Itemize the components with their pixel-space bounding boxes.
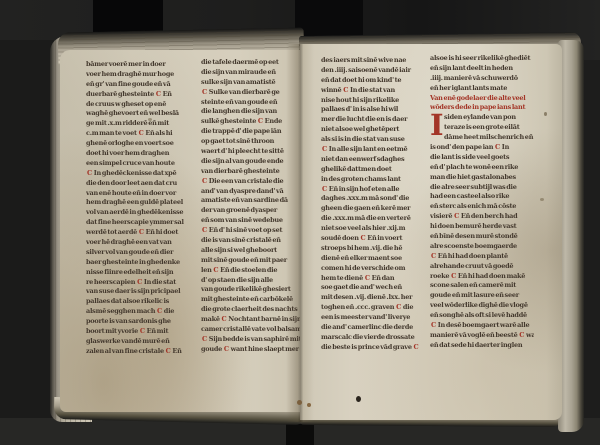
manuscript-line: C In alle sijn lant en eetmē	[321, 145, 420, 155]
manuscript-line: len C Eñ die stoelen die	[201, 266, 300, 276]
rubric-capitulum-mark: C	[201, 177, 208, 185]
manuscript-line: hem draghē een guldē plateel	[86, 198, 184, 208]
manuscript-line: d' op staen die sijn alle	[201, 276, 300, 286]
manuscript-line: C Sulke van dierbarē ge	[201, 88, 300, 98]
manuscript-line: dienē eñ elker maent soe	[321, 254, 420, 264]
manuscript-line: van goude rikelikē ghesiert	[201, 285, 300, 295]
rubric-capitulum-mark: C	[518, 331, 525, 339]
manuscript-line: eñ d' plach te wonē een rike	[430, 163, 534, 173]
rubric-capitulum-mark: C	[136, 278, 143, 286]
manuscript-line: alrehande cruut vā goedē	[430, 262, 534, 272]
manuscript-line: op gaet tot sinē throon	[201, 137, 300, 147]
rubric-capitulum-mark: C	[201, 88, 208, 96]
manuscript-line: C Eñ d' hi sinē voet op set	[201, 226, 300, 236]
manuscript-line: waert d' hi pleecht te sittē	[201, 147, 300, 157]
parchment-speck	[148, 118, 152, 121]
manuscript-line: nisse fiinre edelheit eñ sijn	[86, 268, 184, 278]
text-column-3: des iaers mit sinē wive naeden .iiij. sa…	[321, 56, 420, 353]
manuscript-line: die .xxx.m mā die en verterē	[321, 214, 420, 224]
manuscript-line: alle sijn si wel gheboort	[201, 246, 300, 256]
manuscript-line: baer ghesteinte in ghedenke	[86, 258, 184, 268]
manuscript-line: waghē ghevoert eñ wel beslā	[86, 109, 184, 119]
text-column-4: alsoe is hi seer rikelikē ghediēteñ sijn…	[430, 54, 534, 351]
rubric-capitulum-mark: C	[212, 266, 219, 274]
manuscript-line: C Eñ in sijn hof eten alle	[321, 185, 420, 195]
rubric-capitulum-mark: C	[321, 145, 328, 153]
rubric-capitulum-mark: C	[165, 347, 172, 355]
rubric-capitulum-mark: C	[223, 345, 230, 353]
manuscript-line: marscalc die vierde drossate	[321, 333, 420, 343]
manuscript-line: hi doen bemurē herde vast	[430, 222, 534, 232]
manuscript-line: stroeps bi hem .vij. die hē	[321, 244, 420, 254]
manuscript-line: manierē vā voglē eñ beestē C wair	[430, 331, 534, 341]
manuscript-line: boort mit yvorie C Eñ mit	[86, 327, 184, 337]
manuscript-line: Isiden eylande van pon	[430, 113, 534, 123]
manuscript-line: eñ gr' van fine goude eñ vā	[86, 80, 184, 90]
manuscript-line: die sijn van miraude eñ	[201, 68, 300, 78]
manuscript-line: die tafele daermē op eet	[201, 58, 300, 68]
manuscript-line: veel wōderlike dīghē die vlogē	[430, 301, 534, 311]
manuscript-line: eñ dat sede hi daerter inglen	[430, 341, 534, 351]
manuscript-line: had een casteel also rike	[430, 192, 534, 202]
manuscript-line: niet alsoe wel ghetēpert	[321, 125, 420, 135]
manuscript-line: doet hi voer hem draghen	[86, 149, 184, 159]
manuscript-line: eñ dat doet hi om kind' te	[321, 76, 420, 86]
manuscript-line: des iaers mit sinē wive nae	[321, 56, 420, 66]
manuscript-line: duerbarē ghesteinte C Eñ	[86, 90, 184, 100]
manuscript-line: die langhen die sijn van	[201, 107, 300, 117]
manuscript-line: den .iiij. saisoenē vandē iair	[321, 66, 420, 76]
manuscript-line: als si is in die stat van suse	[321, 135, 420, 145]
illuminated-initial: I	[430, 111, 443, 140]
manuscript-line: C In ghedēckenisse dat xpē	[86, 169, 184, 179]
manuscript-line: die trappē d' die pape iān	[201, 127, 300, 137]
manuscript-line: camer cristallē vate vol balsame	[201, 325, 300, 335]
manuscript-line: der van groenē dyasper	[201, 206, 300, 216]
manuscript-line: die is van sinē cristalē eñ	[201, 236, 300, 246]
manuscript-line: makē C Nochtant barnē in sijn	[201, 315, 300, 325]
manuscript-line: dāme heet milschenrich eñ	[430, 133, 534, 143]
rubric-capitulum-mark: C	[139, 327, 146, 335]
manuscript-line: wōders dede in pape ians lant	[430, 103, 534, 113]
stain-spot	[307, 403, 311, 407]
manuscript-line: alre scoenste boemgaerde	[430, 242, 534, 252]
rubric-capitulum-mark: C	[138, 129, 145, 137]
manuscript-line: van suse daer is sijn prīcipael	[86, 287, 184, 297]
rubric-capitulum-mark: C	[453, 212, 460, 220]
manuscript-line: teraze is een grote eilāt	[430, 123, 534, 133]
manuscript-line: eñ sterc als enich mā cōste	[430, 202, 534, 212]
rubric-capitulum-mark: C	[138, 228, 145, 236]
rubric-capitulum-mark: C	[364, 274, 371, 282]
manuscript-line: eñ sijn lant deelt in heden	[430, 64, 534, 74]
rubric-capitulum-mark: C	[201, 226, 208, 234]
manuscript-line: silver vol van goude eñ dier	[86, 248, 184, 258]
rubric-capitulum-mark: C	[342, 86, 349, 94]
manuscript-line: een is meester vand' liverye	[321, 313, 420, 323]
rubric-capitulum-mark: C	[201, 335, 208, 343]
manuscript-line: alsoe is hi seer rikelikē ghediēt	[430, 54, 534, 64]
manuscript-line: eñ songhē als oft si levē haddē	[430, 311, 534, 321]
text-column-2: die tafele daermē op eetdie sijn van mir…	[201, 58, 300, 355]
rubric-capitulum-mark: C	[321, 185, 328, 193]
manuscript-line: poorte is van sardonis ghe	[86, 317, 184, 327]
manuscript-line: amatiste eñ van sardine dā	[201, 196, 300, 206]
manuscript-line: is ond' den pape ian C In	[430, 143, 534, 153]
manuscript-photo: bāmer voerē mer in doervoer hem draghē m…	[0, 0, 600, 445]
rubric-capitulum-mark: C	[257, 117, 264, 125]
manuscript-line: zalen al van fine cristale C Eñ	[86, 347, 184, 357]
manuscript-line: mit desen .vij. dienē .lxx. her	[321, 293, 420, 303]
manuscript-line: c.m man te voet C Eñ als hi	[86, 129, 184, 139]
parchment-speck	[540, 198, 544, 201]
manuscript-line: eñ bīnē desen murē stondē	[430, 232, 534, 242]
manuscript-line: gheen die gaen eñ kerē mer	[321, 204, 420, 214]
manuscript-line: pallaes d' in is alse hi wil	[321, 105, 420, 115]
manuscript-line: die lant is side veel goets	[430, 153, 534, 163]
manuscript-line: alsmē segghen mach C die	[86, 307, 184, 317]
rubric-capitulum-mark: C	[221, 315, 228, 323]
manuscript-line: mer die lucht die en is daer	[321, 115, 420, 125]
ink-blot	[356, 396, 361, 402]
manuscript-line: ge mit .x.m ridderē eñ mit	[86, 119, 184, 129]
manuscript-line: ghelikē dattmen doet	[321, 165, 420, 175]
manuscript-line: toghen eñ .ccc. graven C die	[321, 303, 420, 313]
text-column-1: bāmer voerē mer in doervoer hem draghē m…	[86, 60, 184, 357]
manuscript-line: die den door leet aen dat cru	[86, 179, 184, 189]
manuscript-line: mit ghesteinte eñ carbōkelē	[201, 295, 300, 305]
manuscript-line: voer hem draghē mur hoge	[86, 70, 184, 80]
manuscript-line: die sijn al van goude ende	[201, 157, 300, 167]
manuscript-line: C In desē boemgaert warē alle	[430, 321, 534, 331]
manuscript-line: mit sinē goude eñ mit paer	[201, 256, 300, 266]
manuscript-line: in des groten chams lant	[321, 175, 420, 185]
manuscript-line: steinte eñ van goude eñ	[201, 98, 300, 108]
manuscript-line: niet dan eenwerf sdaghes	[321, 155, 420, 165]
manuscript-line: roeke C Eñ hi had doen makē	[430, 272, 534, 282]
parchment-speck	[544, 112, 547, 116]
manuscript-line: C Die een van cristale die	[201, 177, 300, 187]
manuscript-line: Van enē godelaer die alte veel	[430, 94, 534, 104]
manuscript-line: die grote claerheit des nachts	[201, 305, 300, 315]
manuscript-line: eñ som van sinē wedebue	[201, 216, 300, 226]
manuscript-line: C Eñ hi had doen plantē	[430, 252, 534, 262]
manuscript-line: re heerscapien C In die stat	[86, 278, 184, 288]
manuscript-line: goude eñ mit lasure eñ seer	[430, 291, 534, 301]
manuscript-line: voer hē draghē een vat van	[86, 238, 184, 248]
manuscript-line: eñ her iglant lants mate	[430, 84, 534, 94]
manuscript-line: van dierbarē ghesteinte	[201, 167, 300, 177]
manuscript-line: man die hiet gastalonabes	[430, 173, 534, 183]
rubric-capitulum-mark: C	[156, 307, 163, 315]
manuscript-line: werdē tot aerdē C Eñ hi doet	[86, 228, 184, 238]
rubric-capitulum-mark: C	[430, 321, 437, 329]
manuscript-line: nise hout hi sijn rikelike	[321, 96, 420, 106]
manuscript-line: vol van aerdē in ghedēkenisse	[86, 208, 184, 218]
manuscript-line: ghenē orloghe en voert soe	[86, 139, 184, 149]
rubric-capitulum-mark: C	[430, 252, 437, 260]
manuscript-line: die beste is prince vād grave C Eñ	[321, 343, 420, 353]
rubric-capitulum-mark: C	[450, 272, 457, 280]
manuscript-line: visierē C Eñ den berch had	[430, 212, 534, 222]
manuscript-line: C Sijn bedde is van saphirē mit	[201, 335, 300, 345]
manuscript-line: de cruus w gheset op enē	[86, 100, 184, 110]
manuscript-line: scone salen eñ camerē mit	[430, 281, 534, 291]
manuscript-line: sulkē ghesteinte C Ende	[201, 117, 300, 127]
rubric-capitulum-mark: C	[413, 343, 420, 351]
manuscript-line: soudē doen C Eñ in voert	[321, 234, 420, 244]
manuscript-line: bāmer voerē mer in doer	[86, 60, 184, 70]
manuscript-line: winnē C In die stat van	[321, 86, 420, 96]
manuscript-line: comen hi de verschide om	[321, 264, 420, 274]
manuscript-line: die alre seer subtijl was die	[430, 183, 534, 193]
rubric-capitulum-mark: C	[494, 143, 501, 151]
manuscript-line: pallaes dat alsoe rikelic is	[86, 297, 184, 307]
manuscript-line: die and' camerlinc die derde	[321, 323, 420, 333]
manuscript-line: and' van dyaspre dand' vā	[201, 187, 300, 197]
rubric-capitulum-mark: C	[360, 234, 367, 242]
manuscript-line: hem te dienē C Eñ dan	[321, 274, 420, 284]
stain-spot	[297, 400, 302, 405]
background-left	[0, 40, 56, 445]
rubric-capitulum-mark: C	[86, 169, 93, 177]
manuscript-line: soe gaet die and' wech eñ	[321, 283, 420, 293]
manuscript-line: .iiij. manierē vā schuwerdō	[430, 74, 534, 84]
manuscript-line: goude C want hine slaept mer dri	[201, 345, 300, 355]
manuscript-line: sulke sijn van amatistē	[201, 78, 300, 88]
manuscript-line: daghes .xxx.m mā sond' die	[321, 194, 420, 204]
rubric-capitulum-mark: C	[395, 303, 402, 311]
manuscript-line: glaswerke vandē murē eñ	[86, 337, 184, 347]
cradle-gap-shadow	[286, 424, 314, 445]
manuscript-line: een simpel cruce van houte	[86, 159, 184, 169]
rubric-capitulum-mark: C	[155, 90, 162, 98]
manuscript-line: niet soe veel als hier .xij.m	[321, 224, 420, 234]
manuscript-line: van enē houte eñ in doer vor	[86, 189, 184, 199]
manuscript-line: dat fine heerscapie ymmer sal	[86, 218, 184, 228]
